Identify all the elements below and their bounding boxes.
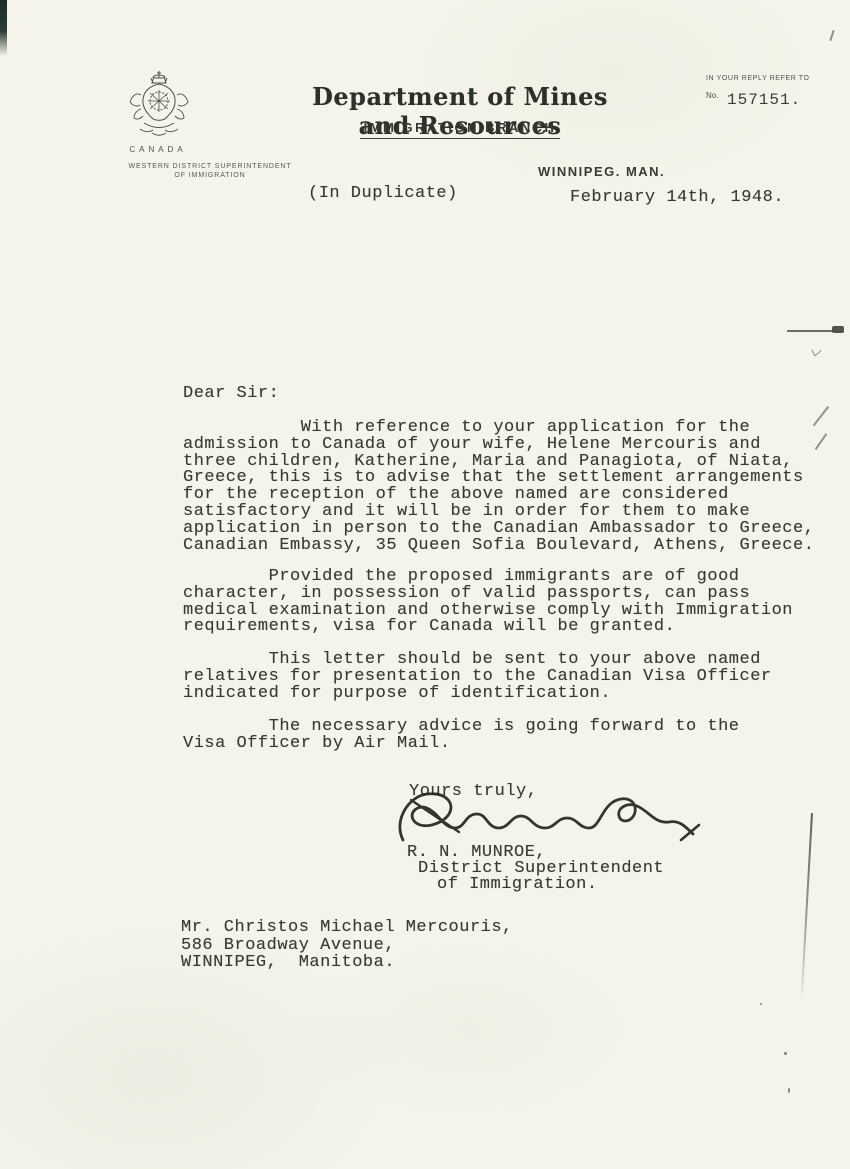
crest-caption: CANADA	[127, 145, 189, 154]
paragraph-4: The necessary advice is going forward to…	[183, 719, 740, 753]
canada-coat-of-arms	[128, 69, 190, 141]
scratch-artifact	[815, 433, 827, 449]
tick-artifact	[812, 344, 822, 356]
speck-artifact	[829, 30, 834, 41]
salutation: Dear Sir:	[183, 386, 279, 403]
office-block: WESTERN DISTRICT SUPERINTENDENT OF IMMIG…	[120, 162, 300, 180]
paragraph-1: With reference to your application for t…	[183, 420, 814, 554]
file-reference-number: 157151.	[727, 91, 801, 109]
dash-artifact	[787, 330, 833, 332]
reply-no-label: No.	[706, 91, 718, 100]
recipient-address: Mr. Christos Michael Mercouris, 586 Broa…	[181, 919, 513, 972]
office-line1: WESTERN DISTRICT SUPERINTENDENT	[120, 162, 300, 171]
paragraph-3: This letter should be sent to your above…	[183, 652, 772, 702]
date-line: February 14th, 1948.	[570, 190, 784, 207]
paragraph-2: Provided the proposed immigrants are of …	[183, 569, 793, 636]
signer-title-line2: of Immigration.	[437, 877, 598, 894]
fold-line-artifact	[800, 813, 813, 1003]
ink-blob-artifact	[832, 326, 844, 333]
place-line: WINNIPEG. MAN.	[538, 164, 665, 179]
scratch-artifact	[813, 406, 829, 426]
duplicate-note: (In Duplicate)	[308, 186, 458, 203]
speck-artifact	[788, 1088, 790, 1093]
speck-artifact	[784, 1052, 787, 1055]
scan-edge-artifact	[0, 0, 7, 56]
branch-title: IMMIGRATION BRANCH	[360, 120, 561, 139]
office-line2: OF IMMIGRATION	[120, 171, 300, 180]
scanned-letter-page: CANADA Department of Mines and Resources…	[0, 0, 850, 1169]
reply-ref-label: IN YOUR REPLY REFER TO	[706, 75, 810, 82]
speck-artifact	[760, 1003, 762, 1005]
branch-title-wrap: IMMIGRATION BRANCH	[290, 119, 630, 139]
